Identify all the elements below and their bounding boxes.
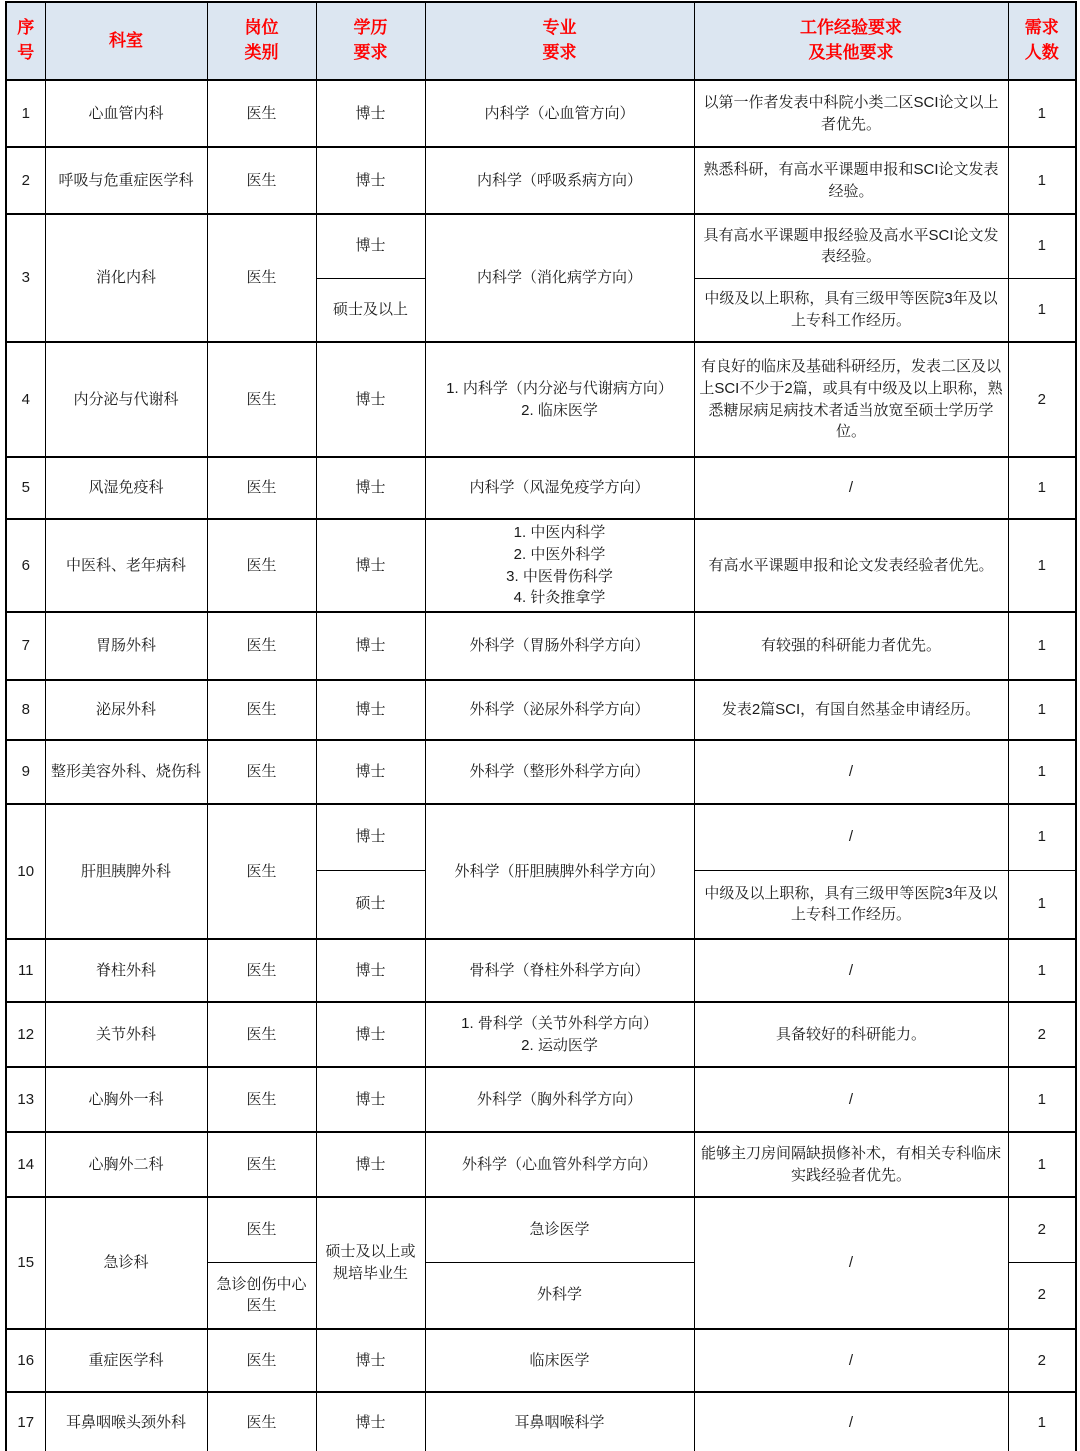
header-no: 序号 xyxy=(6,2,45,80)
table-row: 2呼吸与危重症医学科医生博士内科学（呼吸系病方向）熟悉科研，有高水平课题申报和S… xyxy=(6,147,1076,214)
cell-job-type: 医生 xyxy=(207,740,316,804)
cell-department: 重症医学科 xyxy=(45,1329,207,1392)
cell-no: 10 xyxy=(6,804,45,939)
cell-headcount: 1 xyxy=(1008,519,1076,612)
cell-job-type: 医生 xyxy=(207,214,316,342)
cell-headcount: 2 xyxy=(1008,342,1076,457)
cell-headcount: 2 xyxy=(1008,1262,1076,1329)
table-row: 3消化内科医生博士内科学（消化病学方向）具有高水平课题申报经验及高水平SCI论文… xyxy=(6,214,1076,278)
cell-major: 内科学（呼吸系病方向） xyxy=(425,147,694,214)
cell-department: 心血管内科 xyxy=(45,80,207,147)
cell-education: 博士 xyxy=(316,804,425,870)
cell-no: 7 xyxy=(6,612,45,680)
cell-major: 内科学（心血管方向） xyxy=(425,80,694,147)
cell-headcount: 1 xyxy=(1008,457,1076,519)
cell-major: 1. 骨科学（关节外科学方向） 2. 运动医学 xyxy=(425,1002,694,1067)
cell-job-type: 医生 xyxy=(207,1132,316,1197)
cell-experience: 发表2篇SCI，有国自然基金申请经历。 xyxy=(694,680,1008,740)
cell-major: 1. 中医内科学 2. 中医外科学 3. 中医骨伤科学 4. 针灸推拿学 xyxy=(425,519,694,612)
cell-major: 外科学（胃肠外科学方向） xyxy=(425,612,694,680)
cell-education: 博士 xyxy=(316,457,425,519)
cell-department: 整形美容外科、烧伤科 xyxy=(45,740,207,804)
cell-no: 2 xyxy=(6,147,45,214)
cell-education: 博士 xyxy=(316,612,425,680)
table-body: 1心血管内科医生博士内科学（心血管方向）以第一作者发表中科院小类二区SCI论文以… xyxy=(6,80,1076,1451)
table-row: 8泌尿外科医生博士外科学（泌尿外科学方向）发表2篇SCI，有国自然基金申请经历。… xyxy=(6,680,1076,740)
cell-experience: / xyxy=(694,1067,1008,1132)
cell-job-type: 医生 xyxy=(207,939,316,1002)
cell-job-type: 医生 xyxy=(207,80,316,147)
cell-education: 博士 xyxy=(316,1132,425,1197)
cell-experience: / xyxy=(694,1197,1008,1329)
cell-experience: 中级及以上职称，具有三级甲等医院3年及以上专科工作经历。 xyxy=(694,278,1008,342)
cell-headcount: 1 xyxy=(1008,80,1076,147)
cell-education: 硕士及以上或 规培毕业生 xyxy=(316,1197,425,1329)
cell-education: 博士 xyxy=(316,1002,425,1067)
cell-education: 博士 xyxy=(316,1067,425,1132)
cell-job-type: 医生 xyxy=(207,1329,316,1392)
cell-major: 外科学（整形外科学方向） xyxy=(425,740,694,804)
cell-department: 泌尿外科 xyxy=(45,680,207,740)
table-row: 1心血管内科医生博士内科学（心血管方向）以第一作者发表中科院小类二区SCI论文以… xyxy=(6,80,1076,147)
cell-experience: / xyxy=(694,740,1008,804)
cell-department: 中医科、老年病科 xyxy=(45,519,207,612)
cell-no: 3 xyxy=(6,214,45,342)
table-row: 6中医科、老年病科医生博士1. 中医内科学 2. 中医外科学 3. 中医骨伤科学… xyxy=(6,519,1076,612)
cell-headcount: 1 xyxy=(1008,1392,1076,1451)
cell-experience: 具有高水平课题申报经验及高水平SCI论文发表经验。 xyxy=(694,214,1008,278)
cell-job-type: 急诊创伤中心 医生 xyxy=(207,1262,316,1329)
cell-experience: / xyxy=(694,939,1008,1002)
cell-experience: / xyxy=(694,1329,1008,1392)
header-job-type: 岗位 类别 xyxy=(207,2,316,80)
cell-headcount: 1 xyxy=(1008,147,1076,214)
cell-experience: 能够主刀房间隔缺损修补术，有相关专科临床实践经验者优先。 xyxy=(694,1132,1008,1197)
cell-department: 耳鼻咽喉头颈外科 xyxy=(45,1392,207,1451)
table-row: 17耳鼻咽喉头颈外科医生博士耳鼻咽喉科学/1 xyxy=(6,1392,1076,1451)
cell-no: 6 xyxy=(6,519,45,612)
cell-education: 博士 xyxy=(316,214,425,278)
cell-education: 博士 xyxy=(316,1392,425,1451)
header-experience: 工作经验要求 及其他要求 xyxy=(694,2,1008,80)
cell-department: 内分泌与代谢科 xyxy=(45,342,207,457)
cell-headcount: 1 xyxy=(1008,214,1076,278)
cell-major: 外科学（胸外科学方向） xyxy=(425,1067,694,1132)
cell-job-type: 医生 xyxy=(207,1392,316,1451)
cell-headcount: 1 xyxy=(1008,804,1076,870)
cell-major: 内科学（风湿免疫学方向） xyxy=(425,457,694,519)
cell-headcount: 1 xyxy=(1008,870,1076,939)
cell-department: 消化内科 xyxy=(45,214,207,342)
table-row: 14心胸外二科医生博士外科学（心血管外科学方向）能够主刀房间隔缺损修补术，有相关… xyxy=(6,1132,1076,1197)
cell-major: 外科学（心血管外科学方向） xyxy=(425,1132,694,1197)
table-row: 12关节外科医生博士1. 骨科学（关节外科学方向） 2. 运动医学具备较好的科研… xyxy=(6,1002,1076,1067)
table-row: 9整形美容外科、烧伤科医生博士外科学（整形外科学方向）/1 xyxy=(6,740,1076,804)
cell-experience: 有高水平课题申报和论文发表经验者优先。 xyxy=(694,519,1008,612)
header-department: 科室 xyxy=(45,2,207,80)
cell-major: 1. 内科学（内分泌与代谢病方向） 2. 临床医学 xyxy=(425,342,694,457)
cell-experience: 有良好的临床及基础科研经历，发表二区及以上SCI不少于2篇，或具有中级及以上职称… xyxy=(694,342,1008,457)
cell-experience: 有较强的科研能力者优先。 xyxy=(694,612,1008,680)
table-row: 5风湿免疫科医生博士内科学（风湿免疫学方向）/1 xyxy=(6,457,1076,519)
cell-major: 外科学（泌尿外科学方向） xyxy=(425,680,694,740)
table-row: 13心胸外一科医生博士外科学（胸外科学方向）/1 xyxy=(6,1067,1076,1132)
cell-experience: / xyxy=(694,804,1008,870)
cell-experience: 熟悉科研，有高水平课题申报和SCI论文发表经验。 xyxy=(694,147,1008,214)
cell-department: 关节外科 xyxy=(45,1002,207,1067)
cell-headcount: 1 xyxy=(1008,1067,1076,1132)
header-row: 序号 科室 岗位 类别 学历 要求 专业 要求 工作经验要求 及其他要求 需求 … xyxy=(6,2,1076,80)
cell-department: 呼吸与危重症医学科 xyxy=(45,147,207,214)
cell-education: 博士 xyxy=(316,939,425,1002)
cell-job-type: 医生 xyxy=(207,342,316,457)
cell-department: 风湿免疫科 xyxy=(45,457,207,519)
cell-job-type: 医生 xyxy=(207,1197,316,1262)
table-row: 7胃肠外科医生博士外科学（胃肠外科学方向）有较强的科研能力者优先。1 xyxy=(6,612,1076,680)
cell-headcount: 1 xyxy=(1008,1132,1076,1197)
cell-job-type: 医生 xyxy=(207,147,316,214)
cell-major: 临床医学 xyxy=(425,1329,694,1392)
cell-department: 脊柱外科 xyxy=(45,939,207,1002)
cell-headcount: 2 xyxy=(1008,1002,1076,1067)
cell-job-type: 医生 xyxy=(207,612,316,680)
cell-headcount: 1 xyxy=(1008,278,1076,342)
cell-headcount: 1 xyxy=(1008,939,1076,1002)
cell-headcount: 1 xyxy=(1008,680,1076,740)
page: 序号 科室 岗位 类别 学历 要求 专业 要求 工作经验要求 及其他要求 需求 … xyxy=(0,0,1080,1451)
cell-major: 外科学 xyxy=(425,1262,694,1329)
cell-no: 16 xyxy=(6,1329,45,1392)
header-major: 专业 要求 xyxy=(425,2,694,80)
cell-education: 博士 xyxy=(316,1329,425,1392)
cell-department: 肝胆胰脾外科 xyxy=(45,804,207,939)
cell-headcount: 1 xyxy=(1008,740,1076,804)
cell-job-type: 医生 xyxy=(207,680,316,740)
cell-major: 骨科学（脊柱外科学方向） xyxy=(425,939,694,1002)
cell-no: 14 xyxy=(6,1132,45,1197)
recruitment-table: 序号 科室 岗位 类别 学历 要求 专业 要求 工作经验要求 及其他要求 需求 … xyxy=(5,1,1077,1451)
cell-job-type: 医生 xyxy=(207,1002,316,1067)
cell-headcount: 2 xyxy=(1008,1197,1076,1262)
table-row: 11脊柱外科医生博士骨科学（脊柱外科学方向）/1 xyxy=(6,939,1076,1002)
cell-education: 博士 xyxy=(316,740,425,804)
cell-major: 内科学（消化病学方向） xyxy=(425,214,694,342)
header-education: 学历 要求 xyxy=(316,2,425,80)
cell-no: 13 xyxy=(6,1067,45,1132)
cell-job-type: 医生 xyxy=(207,804,316,939)
cell-headcount: 1 xyxy=(1008,612,1076,680)
cell-experience: 具备较好的科研能力。 xyxy=(694,1002,1008,1067)
cell-education: 博士 xyxy=(316,147,425,214)
cell-no: 1 xyxy=(6,80,45,147)
cell-department: 急诊科 xyxy=(45,1197,207,1329)
cell-no: 11 xyxy=(6,939,45,1002)
cell-major: 急诊医学 xyxy=(425,1197,694,1262)
cell-no: 9 xyxy=(6,740,45,804)
cell-no: 12 xyxy=(6,1002,45,1067)
cell-education: 硕士 xyxy=(316,870,425,939)
cell-education: 博士 xyxy=(316,342,425,457)
cell-job-type: 医生 xyxy=(207,1067,316,1132)
cell-education: 博士 xyxy=(316,519,425,612)
cell-job-type: 医生 xyxy=(207,457,316,519)
cell-experience: / xyxy=(694,1392,1008,1451)
table-row: 10肝胆胰脾外科医生博士外科学（肝胆胰脾外科学方向）/1 xyxy=(6,804,1076,870)
cell-experience: 以第一作者发表中科院小类二区SCI论文以上者优先。 xyxy=(694,80,1008,147)
cell-department: 心胸外二科 xyxy=(45,1132,207,1197)
table-row: 4内分泌与代谢科医生博士1. 内科学（内分泌与代谢病方向） 2. 临床医学有良好… xyxy=(6,342,1076,457)
cell-department: 胃肠外科 xyxy=(45,612,207,680)
cell-no: 4 xyxy=(6,342,45,457)
cell-major: 耳鼻咽喉科学 xyxy=(425,1392,694,1451)
cell-education: 硕士及以上 xyxy=(316,278,425,342)
header-headcount: 需求 人数 xyxy=(1008,2,1076,80)
cell-education: 博士 xyxy=(316,680,425,740)
cell-education: 博士 xyxy=(316,80,425,147)
table-row: 15急诊科医生硕士及以上或 规培毕业生急诊医学/2 xyxy=(6,1197,1076,1262)
cell-no: 5 xyxy=(6,457,45,519)
cell-job-type: 医生 xyxy=(207,519,316,612)
cell-department: 心胸外一科 xyxy=(45,1067,207,1132)
cell-major: 外科学（肝胆胰脾外科学方向） xyxy=(425,804,694,939)
table-row: 16重症医学科医生博士临床医学/2 xyxy=(6,1329,1076,1392)
cell-experience: 中级及以上职称，具有三级甲等医院3年及以上专科工作经历。 xyxy=(694,870,1008,939)
cell-no: 15 xyxy=(6,1197,45,1329)
cell-headcount: 2 xyxy=(1008,1329,1076,1392)
cell-no: 17 xyxy=(6,1392,45,1451)
cell-no: 8 xyxy=(6,680,45,740)
cell-experience: / xyxy=(694,457,1008,519)
